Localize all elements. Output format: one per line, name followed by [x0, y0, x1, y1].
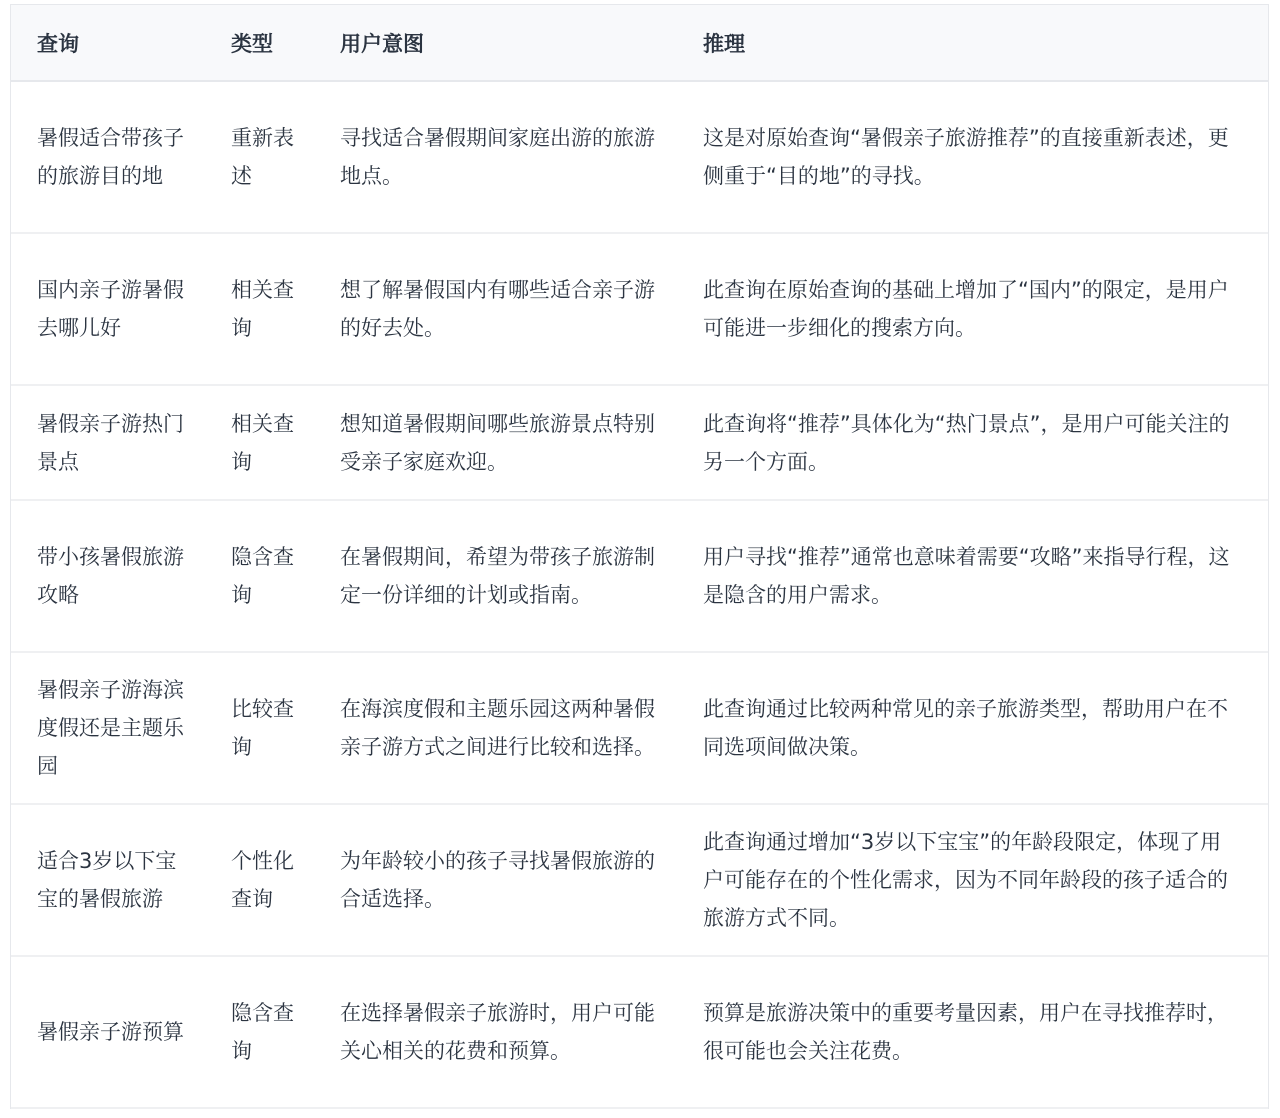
cell-intent: 想了解暑假国内有哪些适合亲子游的好去处。 [314, 233, 677, 385]
header-type: 类型 [205, 5, 314, 81]
cell-query: 暑假适合带孩子的旅游目的地 [11, 81, 205, 233]
table-row: 适合3岁以下宝宝的暑假旅游 个性化查询 为年龄较小的孩子寻找暑假旅游的合适选择。… [11, 804, 1268, 956]
query-table: 查询 类型 用户意图 推理 暑假适合带孩子的旅游目的地 重新表述 寻找适合暑假期… [11, 5, 1268, 1109]
table-header: 查询 类型 用户意图 推理 [11, 5, 1268, 81]
cell-intent: 想知道暑假期间哪些旅游景点特别受亲子家庭欢迎。 [314, 385, 677, 500]
cell-query: 暑假亲子游预算 [11, 956, 205, 1108]
table-row: 国内亲子游暑假去哪儿好 相关查询 想了解暑假国内有哪些适合亲子游的好去处。 此查… [11, 233, 1268, 385]
table-row: 暑假亲子游热门景点 相关查询 想知道暑假期间哪些旅游景点特别受亲子家庭欢迎。 此… [11, 385, 1268, 500]
header-query: 查询 [11, 5, 205, 81]
cell-query: 带小孩暑假旅游攻略 [11, 500, 205, 652]
header-intent: 用户意图 [314, 5, 677, 81]
cell-reasoning: 此查询将“推荐”具体化为“热门景点”，是用户可能关注的另一个方面。 [677, 385, 1268, 500]
table-row: 暑假适合带孩子的旅游目的地 重新表述 寻找适合暑假期间家庭出游的旅游地点。 这是… [11, 81, 1268, 233]
cell-query: 暑假亲子游热门景点 [11, 385, 205, 500]
cell-type: 个性化查询 [205, 804, 314, 956]
table-row: 暑假亲子游预算 隐含查询 在选择暑假亲子旅游时，用户可能关心相关的花费和预算。 … [11, 956, 1268, 1108]
cell-reasoning: 用户寻找“推荐”通常也意味着需要“攻略”来指导行程，这是隐含的用户需求。 [677, 500, 1268, 652]
header-reasoning: 推理 [677, 5, 1268, 81]
cell-reasoning: 预算是旅游决策中的重要考量因素，用户在寻找推荐时，很可能也会关注花费。 [677, 956, 1268, 1108]
cell-query: 国内亲子游暑假去哪儿好 [11, 233, 205, 385]
cell-intent: 在选择暑假亲子旅游时，用户可能关心相关的花费和预算。 [314, 956, 677, 1108]
cell-intent: 为年龄较小的孩子寻找暑假旅游的合适选择。 [314, 804, 677, 956]
cell-intent: 寻找适合暑假期间家庭出游的旅游地点。 [314, 81, 677, 233]
cell-intent: 在暑假期间，希望为带孩子旅游制定一份详细的计划或指南。 [314, 500, 677, 652]
query-table-container: 查询 类型 用户意图 推理 暑假适合带孩子的旅游目的地 重新表述 寻找适合暑假期… [10, 4, 1269, 1109]
cell-query: 暑假亲子游海滨度假还是主题乐园 [11, 652, 205, 804]
cell-type: 重新表述 [205, 81, 314, 233]
cell-intent: 在海滨度假和主题乐园这两种暑假亲子游方式之间进行比较和选择。 [314, 652, 677, 804]
cell-query: 适合3岁以下宝宝的暑假旅游 [11, 804, 205, 956]
table-row: 暑假亲子游海滨度假还是主题乐园 比较查询 在海滨度假和主题乐园这两种暑假亲子游方… [11, 652, 1268, 804]
cell-reasoning: 此查询在原始查询的基础上增加了“国内”的限定，是用户可能进一步细化的搜索方向。 [677, 233, 1268, 385]
cell-type: 比较查询 [205, 652, 314, 804]
table-body: 暑假适合带孩子的旅游目的地 重新表述 寻找适合暑假期间家庭出游的旅游地点。 这是… [11, 81, 1268, 1108]
cell-type: 相关查询 [205, 233, 314, 385]
header-row: 查询 类型 用户意图 推理 [11, 5, 1268, 81]
table-row: 带小孩暑假旅游攻略 隐含查询 在暑假期间，希望为带孩子旅游制定一份详细的计划或指… [11, 500, 1268, 652]
cell-reasoning: 这是对原始查询“暑假亲子旅游推荐”的直接重新表述，更侧重于“目的地”的寻找。 [677, 81, 1268, 233]
cell-type: 隐含查询 [205, 500, 314, 652]
cell-type: 隐含查询 [205, 956, 314, 1108]
cell-type: 相关查询 [205, 385, 314, 500]
cell-reasoning: 此查询通过增加“3岁以下宝宝”的年龄段限定，体现了用户可能存在的个性化需求，因为… [677, 804, 1268, 956]
cell-reasoning: 此查询通过比较两种常见的亲子旅游类型，帮助用户在不同选项间做决策。 [677, 652, 1268, 804]
